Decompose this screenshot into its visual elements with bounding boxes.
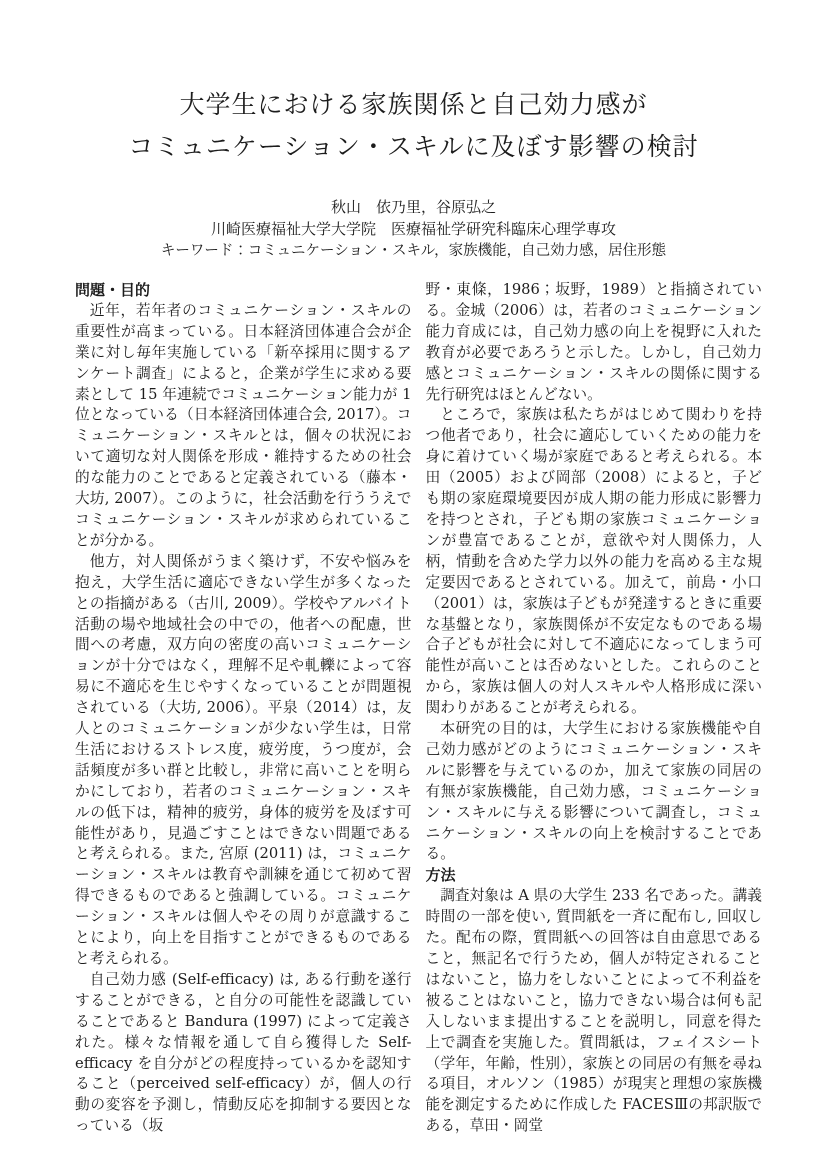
keywords-line: キーワード：コミュニケーション・スキル，家族機能，自己効力感，居住形態 bbox=[0, 240, 827, 262]
paper-title-line-2: コミュニケーション・スキルに及ぼす影響の検討 bbox=[0, 126, 827, 168]
title-block: 大学生における家族関係と自己効力感が コミュニケーション・スキルに及ぼす影響の検… bbox=[0, 0, 827, 168]
paragraph-interpersonal-problems: 他方，対人関係がうまく築けず，不安や悩みを抱え，大学生活に適応できない学生が多く… bbox=[75, 552, 412, 970]
paragraph-self-efficacy-continued: 野・東條，1986；坂野，1989）と指摘されている。金城（2006）は，若者の… bbox=[426, 280, 763, 405]
section-heading-problem-purpose: 問題・目的 bbox=[75, 280, 412, 301]
paragraph-method-survey: 調査対象は A 県の大学生 233 名であった。講義時間の一部を使い, 質問紙を… bbox=[426, 886, 763, 1137]
column-left: 問題・目的 近年，若年者のコミュニケーション・スキルの重要性が高まっている。日本… bbox=[75, 280, 412, 1137]
affiliation-line: 川崎医療福祉大学大学院 医療福祉学研究科臨床心理学専攻 bbox=[0, 218, 827, 240]
paragraph-self-efficacy-definition: 自己効力感 (Self-efficacy) は, ある行動を遂行することができる… bbox=[75, 970, 412, 1137]
paragraph-study-purpose: 本研究の目的は，大学生における家族機能や自己効力感がどのようにコミュニケーション… bbox=[426, 719, 763, 865]
column-right: 野・東條，1986；坂野，1989）と指摘されている。金城（2006）は，若者の… bbox=[426, 280, 763, 1137]
paper-page: 大学生における家族関係と自己効力感が コミュニケーション・スキルに及ぼす影響の検… bbox=[0, 0, 827, 1170]
paragraph-recent-importance: 近年，若年者のコミュニケーション・スキルの重要性が高まっている。日本経済団体連合… bbox=[75, 301, 412, 552]
body-columns: 問題・目的 近年，若年者のコミュニケーション・スキルの重要性が高まっている。日本… bbox=[75, 280, 762, 1137]
byline-block: 秋山 依乃里，谷原弘之 川崎医療福祉大学大学院 医療福祉学研究科臨床心理学専攻 … bbox=[0, 196, 827, 262]
paper-title-line-1: 大学生における家族関係と自己効力感が bbox=[0, 84, 827, 126]
authors-line: 秋山 依乃里，谷原弘之 bbox=[0, 196, 827, 218]
section-heading-method: 方法 bbox=[426, 865, 763, 886]
paragraph-family-foundation: ところで，家族は私たちがはじめて関わりを持つ他者であり，社会に適応していくための… bbox=[426, 405, 763, 719]
